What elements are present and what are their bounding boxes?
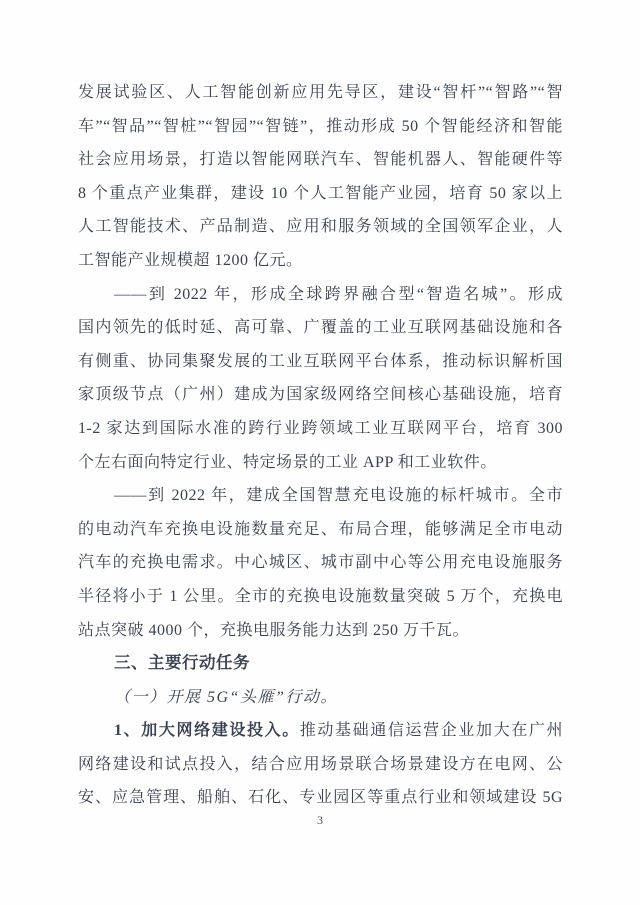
document-body: 发展试验区、人工智能创新应用先导区，建设“智杆”“智路”“智 车”“智品”“智桩… [78, 76, 563, 815]
page-number: 3 [0, 813, 640, 828]
subsection-heading: （一）开展 5G“头雁”行动。 [78, 681, 563, 715]
text-line: 车”“智品”“智桩”“智园”“智链”，推动形成 50 个智能经济和智能 [78, 110, 563, 144]
text-line: 1、加大网络建设投入。推动基础通信运营企业加大在广州 [78, 714, 563, 748]
text-line: 国内领先的低时延、高可靠、广覆盖的工业互联网基础设施和各 [78, 311, 563, 345]
text-line: 站点突破 4000 个，充换电服务能力达到 250 万千瓦。 [78, 614, 563, 648]
paragraph-lead: 1、加大网络建设投入。 [114, 722, 300, 739]
text-line: 发展试验区、人工智能创新应用先导区，建设“智杆”“智路”“智 [78, 76, 563, 110]
text-line: 半径将小于 1 公里。全市的充换电设施数量突破 5 万个，充换电 [78, 580, 563, 614]
text-line: 网络建设和试点投入，结合应用场景联合场景建设方在电网、公 [78, 748, 563, 782]
text-line: 家顶级节点（广州）建成为国家级网络空间核心基础设施，培育 [78, 378, 563, 412]
text-line: 社会应用场景，打造以智能网联汽车、智能机器人、智能硬件等 [78, 143, 563, 177]
text-line: 的电动汽车充换电设施数量充足、布局合理，能够满足全市电动 [78, 513, 563, 547]
text-line: 工智能产业规模超 1200 亿元。 [78, 244, 563, 278]
text-line: ——到 2022 年，建成全国智慧充电设施的标杆城市。全市 [78, 479, 563, 513]
text-line: 1-2 家达到国际水准的跨行业跨领域工业互联网平台，培育 300 [78, 412, 563, 446]
text-line: 人工智能技术、产品制造、应用和服务领域的全国领军企业，人 [78, 210, 563, 244]
section-heading: 三、主要行动任务 [78, 647, 563, 681]
text-line: 汽车的充换电需求。中心城区、城市副中心等公用充电设施服务 [78, 546, 563, 580]
text-line: 8 个重点产业集群，建设 10 个人工智能产业园，培育 50 家以上 [78, 177, 563, 211]
text-line: ——到 2022 年，形成全球跨界融合型“智造名城”。形成 [78, 278, 563, 312]
document-page: 发展试验区、人工智能创新应用先导区，建设“智杆”“智路”“智 车”“智品”“智桩… [0, 0, 640, 905]
text-line: 有侧重、协同集聚发展的工业互联网平台体系，推动标识解析国 [78, 345, 563, 379]
text-line: 安、应急管理、船舶、石化、专业园区等重点行业和领域建设 5G [78, 781, 563, 815]
paragraph-text: 推动基础通信运营企业加大在广州 [300, 722, 563, 739]
text-line: 个左右面向特定行业、特定场景的工业 APP 和工业软件。 [78, 446, 563, 480]
